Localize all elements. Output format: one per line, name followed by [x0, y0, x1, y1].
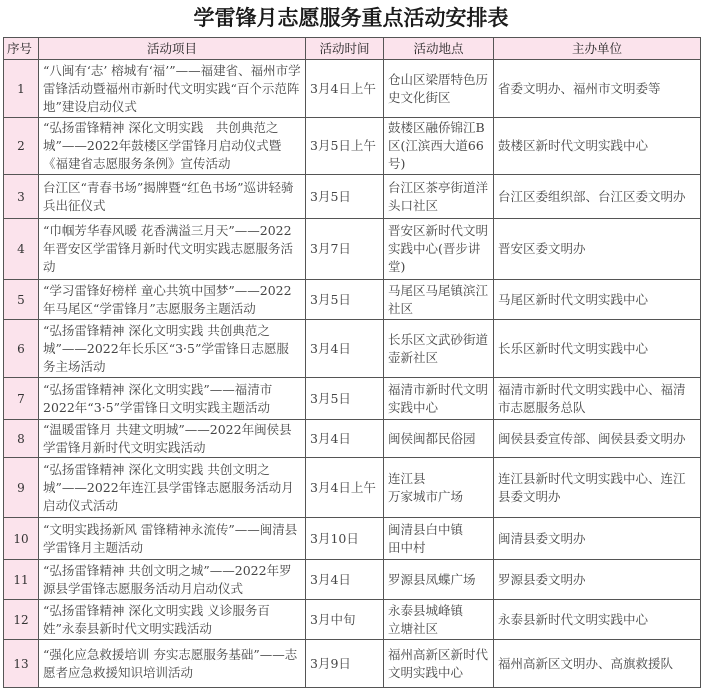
cell-seq: 11: [4, 560, 39, 600]
cell-time: 3月5日: [306, 280, 384, 320]
table-row: 3 台江区“青春书场”揭牌暨“红色书场”巡讲轻骑兵出征仪式 3月5日 台江区茶亭…: [4, 175, 701, 219]
header-time: 活动时间: [306, 38, 384, 60]
table-row: 11 “弘扬雷锋精神 共创文明之城”——2022年罗源县学雷锋志愿服务活动月启动…: [4, 560, 701, 600]
cell-seq: 6: [4, 320, 39, 378]
page-title: 学雷锋月志愿服务重点活动安排表: [0, 4, 702, 32]
cell-place: 晋安区新时代文明实践中心(晋步讲堂): [384, 219, 494, 280]
cell-time: 3月5日: [306, 175, 384, 219]
cell-project: “弘扬雷锋精神 深化文明实践”——福清市2022年“3·5”学雷锋日文明实践主题…: [39, 378, 306, 420]
cell-place: 马尾区马尾镇滨江社区: [384, 280, 494, 320]
cell-organizer: 福清市新时代文明实践中心、福清市志愿服务总队: [494, 378, 701, 420]
table-row: 6 “弘扬雷锋精神 深化文明实践 共创典范之城”——2022年长乐区“3·5”学…: [4, 320, 701, 378]
cell-time: 3月5日上午: [306, 118, 384, 175]
cell-time: 3月9日: [306, 640, 384, 688]
cell-place: 闽清县白中镇田中村: [384, 518, 494, 560]
cell-organizer: 长乐区新时代文明实践中心: [494, 320, 701, 378]
table-row: 7 “弘扬雷锋精神 深化文明实践”——福清市2022年“3·5”学雷锋日文明实践…: [4, 378, 701, 420]
cell-seq: 3: [4, 175, 39, 219]
cell-organizer: 闽侯县委宣传部、闽侯县委文明办: [494, 420, 701, 458]
header-place: 活动地点: [384, 38, 494, 60]
cell-project: “弘扬雷锋精神 深化文明实践 共创文明之城”——2022年连江县学雷锋志愿服务活…: [39, 458, 306, 518]
cell-project: “温暖雷锋月 共建文明城”——2022年闽侯县学雷锋月新时代文明实践活动: [39, 420, 306, 458]
cell-organizer: 台江区委组织部、台江区委文明办: [494, 175, 701, 219]
cell-place: 永泰县城峰镇立塘社区: [384, 600, 494, 640]
table-row: 5 “学习雷锋好榜样 童心共筑中国梦”——2022年马尾区“学雷锋月”志愿服务主…: [4, 280, 701, 320]
cell-project: “八闽有‘志’ 榕城有‘福’”——福建省、福州市学雷锋活动暨福州市新时代文明实践…: [39, 60, 306, 118]
table-row: 10 “文明实践扬新风 雷锋精神永流传”——闽清县学雷锋月主题活动 3月10日 …: [4, 518, 701, 560]
cell-organizer: 马尾区新时代文明实践中心: [494, 280, 701, 320]
cell-seq: 10: [4, 518, 39, 560]
cell-organizer: 福州高新区文明办、高旗救援队: [494, 640, 701, 688]
cell-project: “学习雷锋好榜样 童心共筑中国梦”——2022年马尾区“学雷锋月”志愿服务主题活…: [39, 280, 306, 320]
table-row: 4 “巾帼芳华春风暖 花香满溢三月天”——2022年晋安区学雷锋月新时代文明实践…: [4, 219, 701, 280]
cell-time: 3月5日: [306, 378, 384, 420]
cell-seq: 4: [4, 219, 39, 280]
cell-project: “巾帼芳华春风暖 花香满溢三月天”——2022年晋安区学雷锋月新时代文明实践志愿…: [39, 219, 306, 280]
cell-seq: 8: [4, 420, 39, 458]
cell-place: 鼓楼区融侨锦江B区(江滨西大道66号): [384, 118, 494, 175]
cell-organizer: 闽清县委文明办: [494, 518, 701, 560]
cell-place: 福州高新区新时代文明实践中心: [384, 640, 494, 688]
cell-organizer: 罗源县委文明办: [494, 560, 701, 600]
cell-project: “弘扬雷锋精神 深化文明实践 义诊服务百姓”永泰县新时代文明实践活动: [39, 600, 306, 640]
cell-seq: 5: [4, 280, 39, 320]
cell-project: “弘扬雷锋精神 深化文明实践 共创典范之城”——2022年长乐区“3·5”学雷锋…: [39, 320, 306, 378]
cell-time: 3月7日: [306, 219, 384, 280]
cell-project: “弘扬雷锋精神 深化文明实践 共创典范之城”——2022年鼓楼区学雷锋月启动仪式…: [39, 118, 306, 175]
cell-time: 3月4日: [306, 420, 384, 458]
table-row: 12 “弘扬雷锋精神 深化文明实践 义诊服务百姓”永泰县新时代文明实践活动 3月…: [4, 600, 701, 640]
cell-time: 3月4日上午: [306, 60, 384, 118]
cell-project: “弘扬雷锋精神 共创文明之城”——2022年罗源县学雷锋志愿服务活动月启动仪式: [39, 560, 306, 600]
cell-time: 3月10日: [306, 518, 384, 560]
cell-place: 台江区茶亭街道洋头口社区: [384, 175, 494, 219]
table-row: 9 “弘扬雷锋精神 深化文明实践 共创文明之城”——2022年连江县学雷锋志愿服…: [4, 458, 701, 518]
cell-time: 3月4日: [306, 320, 384, 378]
cell-seq: 12: [4, 600, 39, 640]
table-header-row: 序号 活动项目 活动时间 活动地点 主办单位: [4, 38, 701, 60]
table-row: 13 “强化应急救援培训 夯实志愿服务基础”——志愿者应急救援知识培训活动 3月…: [4, 640, 701, 688]
cell-seq: 1: [4, 60, 39, 118]
activity-schedule-table: 序号 活动项目 活动时间 活动地点 主办单位 1 “八闽有‘志’ 榕城有‘福’”…: [3, 37, 701, 688]
header-organizer: 主办单位: [494, 38, 701, 60]
cell-project: “强化应急救援培训 夯实志愿服务基础”——志愿者应急救援知识培训活动: [39, 640, 306, 688]
cell-project: 台江区“青春书场”揭牌暨“红色书场”巡讲轻骑兵出征仪式: [39, 175, 306, 219]
cell-organizer: 连江县新时代文明实践中心、连江县委文明办: [494, 458, 701, 518]
header-project: 活动项目: [39, 38, 306, 60]
cell-place: 福清市新时代文明实践中心: [384, 378, 494, 420]
cell-place: 闽侯闽都民俗园: [384, 420, 494, 458]
cell-organizer: 永泰县新时代文明实践中心: [494, 600, 701, 640]
cell-seq: 9: [4, 458, 39, 518]
cell-time: 3月4日上午: [306, 458, 384, 518]
cell-organizer: 晋安区委文明办: [494, 219, 701, 280]
table-row: 1 “八闽有‘志’ 榕城有‘福’”——福建省、福州市学雷锋活动暨福州市新时代文明…: [4, 60, 701, 118]
cell-place: 仓山区梁厝特色历史文化街区: [384, 60, 494, 118]
cell-place: 长乐区文武砂街道壶新社区: [384, 320, 494, 378]
cell-seq: 13: [4, 640, 39, 688]
cell-place: 罗源县凤蝶广场: [384, 560, 494, 600]
cell-time: 3月中旬: [306, 600, 384, 640]
header-seq: 序号: [4, 38, 39, 60]
cell-project: “文明实践扬新风 雷锋精神永流传”——闽清县学雷锋月主题活动: [39, 518, 306, 560]
cell-organizer: 省委文明办、福州市文明委等: [494, 60, 701, 118]
cell-time: 3月4日: [306, 560, 384, 600]
table-row: 2 “弘扬雷锋精神 深化文明实践 共创典范之城”——2022年鼓楼区学雷锋月启动…: [4, 118, 701, 175]
cell-organizer: 鼓楼区新时代文明实践中心: [494, 118, 701, 175]
cell-seq: 7: [4, 378, 39, 420]
cell-place: 连江县万家城市广场: [384, 458, 494, 518]
table-row: 8 “温暖雷锋月 共建文明城”——2022年闽侯县学雷锋月新时代文明实践活动 3…: [4, 420, 701, 458]
cell-seq: 2: [4, 118, 39, 175]
